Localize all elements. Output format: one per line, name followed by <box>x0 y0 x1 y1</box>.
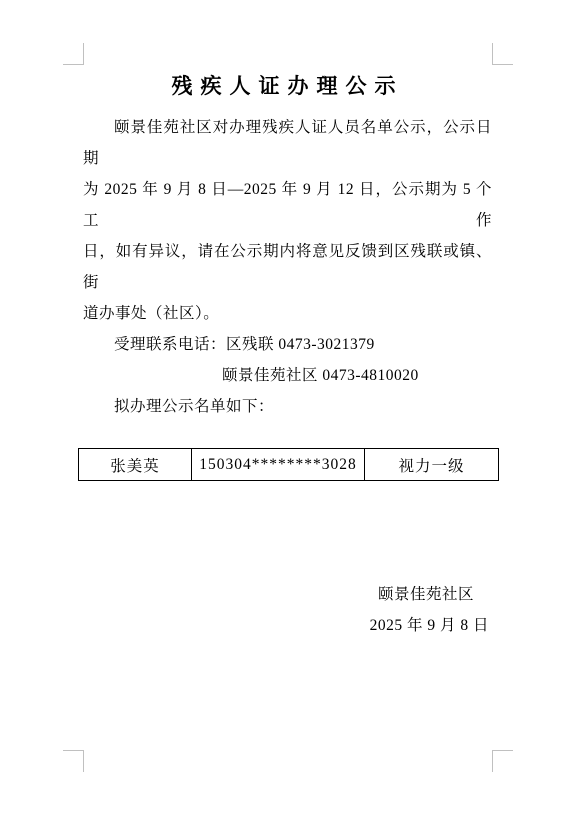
document-page: 残疾人证办理公示 颐景佳苑社区对办理残疾人证人员名单公示，公示日期 为 2025… <box>0 0 575 820</box>
announcement-paragraph: 颐景佳苑社区对办理残疾人证人员名单公示，公示日期 为 2025 年 9 月 8 … <box>83 112 492 329</box>
document-content: 残疾人证办理公示 颐景佳苑社区对办理残疾人证人员名单公示，公示日期 为 2025… <box>83 65 492 641</box>
applicant-name-cell: 张美英 <box>79 449 192 481</box>
paragraph-line: 颐景佳苑社区对办理残疾人证人员名单公示，公示日期 <box>83 112 492 174</box>
applicant-id-cell: 150304********3028 <box>192 449 365 481</box>
margin-crop-mark-bottom-left <box>63 750 84 772</box>
paragraph-line: 道办事处（社区）。 <box>83 298 492 329</box>
document-title: 残疾人证办理公示 <box>83 72 492 100</box>
paragraph-line: 为 2025 年 9 月 8 日—2025 年 9 月 12 日，公示期为 5 … <box>83 174 492 236</box>
applicant-disability-cell: 视力一级 <box>365 449 499 481</box>
list-intro: 拟办理公示名单如下： <box>83 391 492 422</box>
signature-date: 2025 年 9 月 8 日 <box>83 610 492 641</box>
margin-crop-mark-top-right <box>492 43 513 65</box>
paragraph-line: 日，如有异议，请在公示期内将意见反馈到区残联或镇、街 <box>83 236 492 298</box>
margin-crop-mark-top-left <box>63 43 84 65</box>
contact-phone-line: 受理联系电话：区残联 0473-3021379 <box>83 329 492 360</box>
margin-crop-mark-bottom-right <box>492 750 513 772</box>
applicant-table: 张美英 150304********3028 视力一级 <box>78 448 499 481</box>
signature-org: 颐景佳苑社区 <box>83 579 492 610</box>
community-phone-line: 颐景佳苑社区 0473-4810020 <box>83 360 492 391</box>
table-row: 张美英 150304********3028 视力一级 <box>79 449 499 481</box>
